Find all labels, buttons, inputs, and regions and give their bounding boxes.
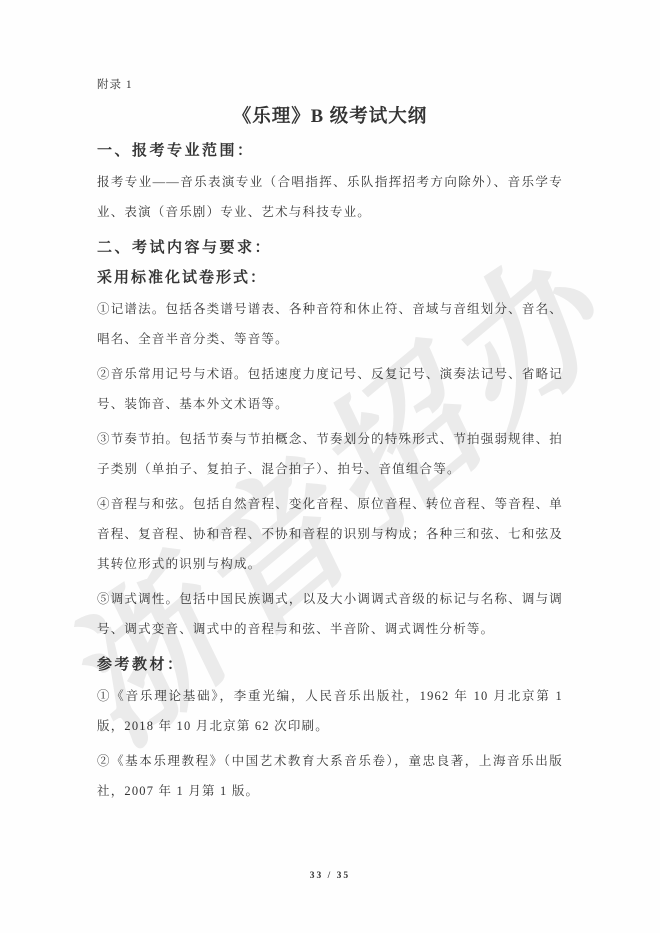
content-item-3: ③节奏节拍。包括节奏与节拍概念、节奏划分的特殊形式、节拍强弱规律、拍子类别（单拍… (97, 424, 563, 484)
reference-item-2: ②《基本乐理教程》（中国艺术教育大系音乐卷），童忠良著，上海音乐出版社，2007… (97, 746, 563, 806)
section-heading-scope: 一、报考专业范围： (97, 140, 563, 162)
content-item-1: ①记谱法。包括各类谱号谱表、各种音符和休止符、音域与音组划分、音名、唱名、全音半… (97, 294, 563, 354)
content-item-5: ⑤调式调性。包括中国民族调式，以及大小调调式音级的标记与名称、调与调号、调式变音… (97, 584, 563, 644)
content-item-2: ②音乐常用记号与术语。包括速度力度记号、反复记号、演奏法记号、省略记号、装饰音、… (97, 359, 563, 419)
content-item-4: ④音程与和弦。包括自然音程、变化音程、原位音程、转位音程、等音程、单音程、复音程… (97, 489, 563, 579)
section-heading-content: 二、考试内容与要求： (97, 237, 563, 259)
document-content: 附录 1 《乐理》B 级考试大纲 一、报考专业范围： 报考专业——音乐表演专业（… (0, 0, 660, 806)
appendix-label: 附录 1 (97, 78, 563, 92)
scope-paragraph: 报考专业——音乐表演专业（合唱指挥、乐队指挥招考方向除外）、音乐学专业、表演（音… (97, 167, 563, 227)
document-title: 《乐理》B 级考试大纲 (97, 104, 563, 130)
format-subheading: 采用标准化试卷形式： (97, 267, 563, 289)
section-heading-references: 参考教材： (97, 654, 563, 676)
reference-item-1: ①《音乐理论基础》，李重光编，人民音乐出版社，1962 年 10 月北京第 1 … (97, 681, 563, 741)
page-number: 33 / 35 (0, 871, 660, 881)
document-page: 浙音招办 附录 1 《乐理》B 级考试大纲 一、报考专业范围： 报考专业——音乐… (0, 0, 660, 933)
